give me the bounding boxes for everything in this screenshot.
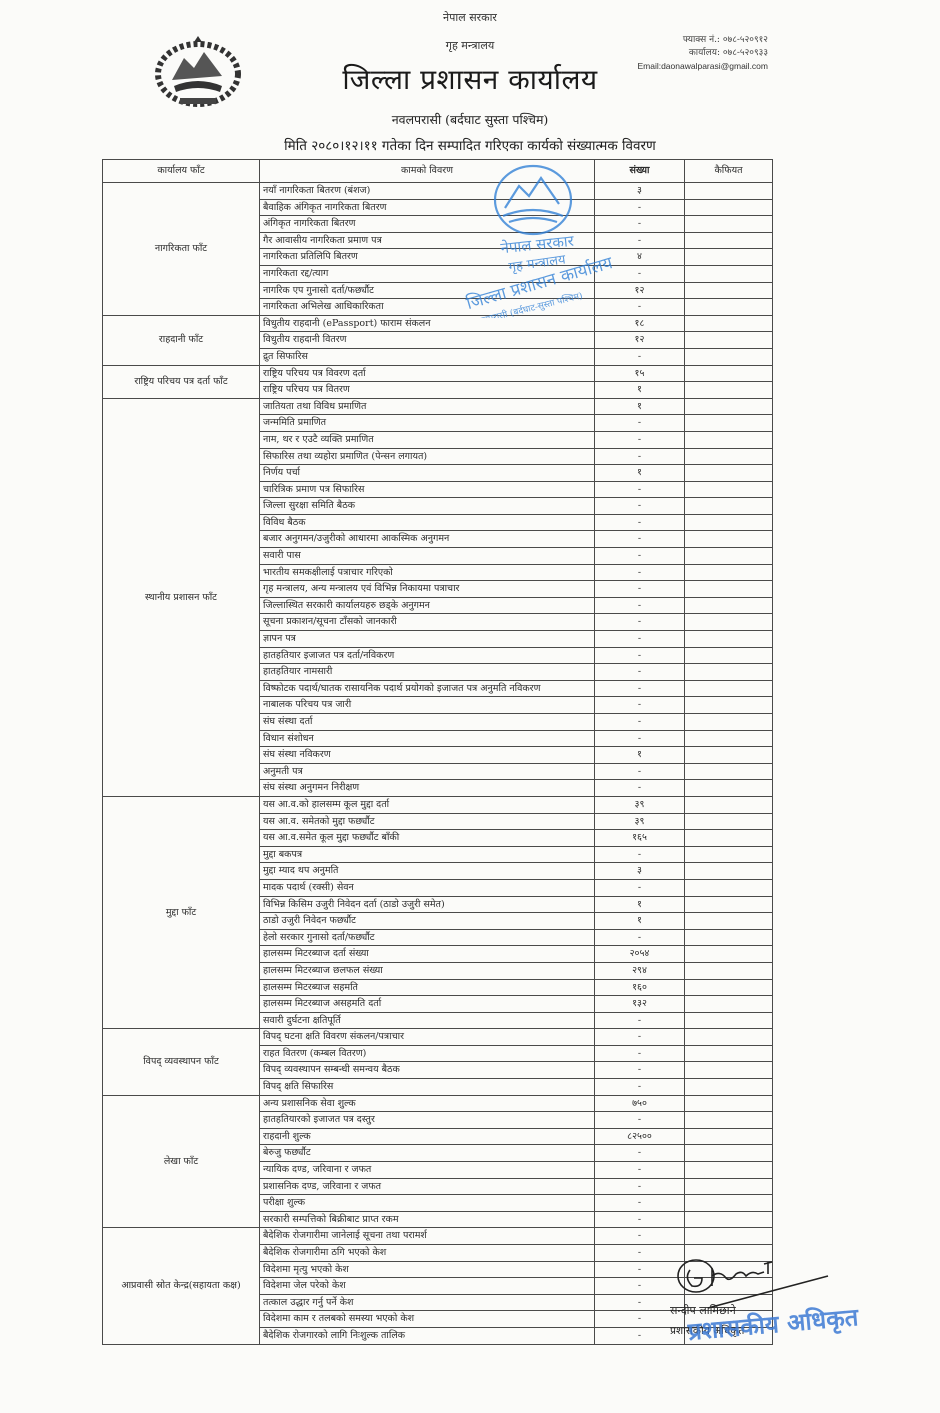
- task-description: राहत वितरण (कम्बल वितरण): [260, 1045, 595, 1062]
- task-description: गृह मन्त्रालय, अन्य मन्त्रालय एवं विभिन्…: [260, 581, 595, 598]
- task-description: तत्काल उद्धार गर्नु पर्ने केश: [260, 1294, 595, 1311]
- task-remarks: [685, 365, 773, 382]
- task-remarks: [685, 1029, 773, 1046]
- task-count: -: [595, 929, 685, 946]
- task-count: -: [595, 581, 685, 598]
- task-description: विपद् क्षति सिफारिस: [260, 1079, 595, 1096]
- section-name: मुद्दा फाँट: [103, 796, 260, 1028]
- task-description: नागरिकता अभिलेख आधिकारिकता: [260, 299, 595, 316]
- task-count: ८२५००: [595, 1128, 685, 1145]
- task-remarks: [685, 1145, 773, 1162]
- task-count: १२: [595, 332, 685, 349]
- header-description: कामको विवरण: [260, 160, 595, 183]
- task-count: -: [595, 299, 685, 316]
- task-count: ३: [595, 183, 685, 200]
- task-description: सवारी पास: [260, 548, 595, 565]
- task-remarks: [685, 183, 773, 200]
- task-count: ४: [595, 249, 685, 266]
- task-count: १: [595, 382, 685, 399]
- task-count: -: [595, 1112, 685, 1129]
- task-remarks: [685, 929, 773, 946]
- task-description: राष्ट्रिय परिचय पत्र वितरण: [260, 382, 595, 399]
- task-count: -: [595, 1162, 685, 1179]
- table-header-row: कार्यालय फाँट कामको विवरण संख्या कैफियत: [103, 160, 773, 183]
- task-description: नागरिकता रद्द/त्याग: [260, 265, 595, 282]
- task-description: अंगिकृत नागरिकता बितरण: [260, 216, 595, 233]
- task-count: -: [595, 1145, 685, 1162]
- task-description: प्रशासनिक दण्ड, जरिवाना र जफत: [260, 1178, 595, 1195]
- task-count: -: [595, 1228, 685, 1245]
- task-remarks: [685, 1195, 773, 1212]
- task-remarks: [685, 896, 773, 913]
- task-count: -: [595, 448, 685, 465]
- task-description: सरकारी सम्पत्तिको बिक्रीबाट प्राप्त रकम: [260, 1211, 595, 1228]
- task-description: यस आ.व.समेत कूल मुद्दा फर्छ्यौट बाँकी: [260, 830, 595, 847]
- task-description: भारतीय समकक्षीलाई पत्राचार गरिएको: [260, 564, 595, 581]
- task-count: -: [595, 631, 685, 648]
- task-remarks: [685, 448, 773, 465]
- task-description: गैर आवासीय नागरिकता प्रमाण पत्र: [260, 232, 595, 249]
- task-count: १: [595, 747, 685, 764]
- task-count: -: [595, 431, 685, 448]
- task-remarks: [685, 913, 773, 930]
- task-description: परीक्षा शुल्क: [260, 1195, 595, 1212]
- task-description: ठाडो उजुरी निवेदन फर्छ्यौट: [260, 913, 595, 930]
- task-count: -: [595, 614, 685, 631]
- section-name: राहदानी फाँट: [103, 315, 260, 365]
- task-remarks: [685, 332, 773, 349]
- task-remarks: [685, 1228, 773, 1245]
- task-remarks: [685, 382, 773, 399]
- task-remarks: [685, 996, 773, 1013]
- task-count: १: [595, 913, 685, 930]
- task-count: २९४: [595, 962, 685, 979]
- task-description: जन्ममिति प्रमाणित: [260, 415, 595, 432]
- task-count: -: [595, 548, 685, 565]
- task-description: चारित्रिक प्रमाण पत्र सिफारिस: [260, 481, 595, 498]
- ministry-name: गृह मन्त्रालय: [0, 38, 940, 53]
- task-description: बैवाहिक अंगिकृत नागरिकता बितरण: [260, 199, 595, 216]
- task-count: १३२: [595, 996, 685, 1013]
- table-row: राष्ट्रिय परिचय पत्र दर्ता फाँटराष्ट्रिय…: [103, 365, 773, 382]
- task-description: हेलो सरकार गुनासो दर्ता/फर्छ्यौट: [260, 929, 595, 946]
- task-count: -: [595, 714, 685, 731]
- task-description: नाम, थर र एउटै व्यक्ति प्रमाणित: [260, 431, 595, 448]
- header-remarks: कैफियत: [685, 160, 773, 183]
- task-remarks: [685, 1112, 773, 1129]
- task-remarks: [685, 863, 773, 880]
- task-description: विपद् घटना क्षति विवरण संकलन/पत्राचार: [260, 1029, 595, 1046]
- task-remarks: [685, 1278, 773, 1295]
- task-description: विदेशमा काम र तलबको समस्या भएको केश: [260, 1311, 595, 1328]
- task-remarks: [685, 249, 773, 266]
- task-description: मुद्दा म्याद थप अनुमति: [260, 863, 595, 880]
- task-remarks: [685, 1245, 773, 1262]
- task-description: विष्फोटक पदार्थ/घातक रासायनिक पदार्थ प्र…: [260, 680, 595, 697]
- task-remarks: [685, 1079, 773, 1096]
- task-count: -: [595, 680, 685, 697]
- section-name: स्थानीय प्रशासन फाँट: [103, 398, 260, 796]
- task-remarks: [685, 265, 773, 282]
- task-count: २०५४: [595, 946, 685, 963]
- task-remarks: [685, 315, 773, 332]
- task-remarks: [685, 846, 773, 863]
- section-name: विपद् व्यवस्थापन फाँट: [103, 1029, 260, 1095]
- task-count: १५: [595, 365, 685, 382]
- task-remarks: [685, 514, 773, 531]
- task-remarks: [685, 1128, 773, 1145]
- task-description: विधान संशोधन: [260, 730, 595, 747]
- task-description: बेरुजु फर्छ्यौट: [260, 1145, 595, 1162]
- task-remarks: [685, 763, 773, 780]
- task-description: विविध बैठक: [260, 514, 595, 531]
- task-remarks: [685, 1178, 773, 1195]
- task-remarks: [685, 714, 773, 731]
- task-description: जिल्लास्थित सरकारी कार्यालयहरु छड्के अनु…: [260, 597, 595, 614]
- task-description: राहदानी शुल्क: [260, 1128, 595, 1145]
- task-count: -: [595, 531, 685, 548]
- task-count: -: [595, 846, 685, 863]
- task-count: -: [595, 1278, 685, 1295]
- task-remarks: [685, 780, 773, 797]
- task-remarks: [685, 415, 773, 432]
- task-count: -: [595, 1079, 685, 1096]
- task-description: विदेशमा जेल परेको केश: [260, 1278, 595, 1295]
- task-description: द्रुत सिफारिस: [260, 348, 595, 365]
- task-remarks: [685, 796, 773, 813]
- task-remarks: [685, 1211, 773, 1228]
- task-remarks: [685, 664, 773, 681]
- section-name: नागरिकता फाँट: [103, 183, 260, 316]
- task-remarks: [685, 830, 773, 847]
- task-description: विपद् व्यवस्थापन सम्बन्धी समन्वय बैठक: [260, 1062, 595, 1079]
- task-description: संघ संस्था नविकरण: [260, 747, 595, 764]
- task-count: -: [595, 780, 685, 797]
- task-description: नागरिक एप गुनासो दर्ता/फर्छ्यौट: [260, 282, 595, 299]
- task-remarks: [685, 299, 773, 316]
- task-description: नागरिकता प्रतिलिपि बितरण: [260, 249, 595, 266]
- fax-number: फ्याक्स नं.: ०७८-५२०९१२: [600, 34, 768, 47]
- task-remarks: [685, 1045, 773, 1062]
- task-description: नयाँ नागरिकता बितरण (बंशज): [260, 183, 595, 200]
- table-row: मुद्दा फाँटयस आ.व.को हालसम्म कूल मुद्दा …: [103, 796, 773, 813]
- task-description: विधुतीय राहदानी (ePassport) फाराम संकलन: [260, 315, 595, 332]
- task-remarks: [685, 680, 773, 697]
- task-remarks: [685, 581, 773, 598]
- task-remarks: [685, 879, 773, 896]
- task-remarks: [685, 348, 773, 365]
- task-remarks: [685, 1012, 773, 1029]
- task-description: हालसम्म मिटरब्याज छलफल संख्या: [260, 962, 595, 979]
- task-count: -: [595, 730, 685, 747]
- task-count: १: [595, 398, 685, 415]
- task-description: संघ संस्था अनुगमन निरीक्षण: [260, 780, 595, 797]
- task-description: बैदेशिक रोजगारको लागि निःशुल्क तालिक: [260, 1327, 595, 1344]
- task-count: -: [595, 199, 685, 216]
- task-remarks: [685, 1062, 773, 1079]
- task-remarks: [685, 564, 773, 581]
- task-remarks: [685, 962, 773, 979]
- task-description: न्यायिक दण्ड, जरिवाना र जफत: [260, 1162, 595, 1179]
- header-section: कार्यालय फाँट: [103, 160, 260, 183]
- task-description: राष्ट्रिय परिचय पत्र विवरण दर्ता: [260, 365, 595, 382]
- section-name: लेखा फाँट: [103, 1095, 260, 1228]
- email-address: Email:daonawalparasi@gmail.com: [600, 60, 768, 73]
- task-description: नाबालक परिचय पत्र जारी: [260, 697, 595, 714]
- table-row: लेखा फाँटअन्य प्रशासनिक सेवा शुल्क७५०: [103, 1095, 773, 1112]
- task-description: हालसम्म मिटरब्याज सहमति: [260, 979, 595, 996]
- task-count: -: [595, 232, 685, 249]
- table-row: विपद् व्यवस्थापन फाँटविपद् घटना क्षति वि…: [103, 1029, 773, 1046]
- task-description: सवारी दुर्घटना क्षतिपूर्ति: [260, 1012, 595, 1029]
- task-description: मुद्दा बकपत्र: [260, 846, 595, 863]
- task-remarks: [685, 647, 773, 664]
- task-count: -: [595, 216, 685, 233]
- task-description: सूचना प्रकाशन/सूचना टाँसको जानकारी: [260, 614, 595, 631]
- task-count: -: [595, 1012, 685, 1029]
- table-row: नागरिकता फाँटनयाँ नागरिकता बितरण (बंशज)३: [103, 183, 773, 200]
- task-remarks: [685, 614, 773, 631]
- task-count: ७५०: [595, 1095, 685, 1112]
- task-description: हातहतियार नामसारी: [260, 664, 595, 681]
- task-remarks: [685, 979, 773, 996]
- task-description: हालसम्म मिटरब्याज असहमति दर्ता: [260, 996, 595, 1013]
- task-description: विदेशमा मृत्यु भएको केश: [260, 1261, 595, 1278]
- task-count: -: [595, 1178, 685, 1195]
- task-remarks: [685, 216, 773, 233]
- table-row: स्थानीय प्रशासन फाँटजातियता तथा विविध प्…: [103, 398, 773, 415]
- task-description: निर्णय पर्चा: [260, 465, 595, 482]
- task-description: यस आ.व.को हालसम्म कूल मुद्दा दर्ता: [260, 796, 595, 813]
- contact-block: फ्याक्स नं.: ०७८-५२०९१२ कार्यालय: ०७८-५२…: [600, 34, 768, 73]
- task-description: सिफारिस तथा व्यहोरा प्रमाणित (पेन्सन लगा…: [260, 448, 595, 465]
- task-remarks: [685, 946, 773, 963]
- task-remarks: [685, 398, 773, 415]
- table-row: राहदानी फाँटविधुतीय राहदानी (ePassport) …: [103, 315, 773, 332]
- task-count: -: [595, 597, 685, 614]
- task-remarks: [685, 232, 773, 249]
- task-description: जातियता तथा विविध प्रमाणित: [260, 398, 595, 415]
- government-name: नेपाल सरकार: [0, 10, 940, 25]
- task-description: अन्य प्रशासनिक सेवा शुल्क: [260, 1095, 595, 1112]
- task-remarks: [685, 481, 773, 498]
- task-description: अनुमती पत्र: [260, 763, 595, 780]
- task-count: ३९: [595, 813, 685, 830]
- task-count: -: [595, 564, 685, 581]
- task-count: ३: [595, 863, 685, 880]
- task-description: विधुतीय राहदानी वितरण: [260, 332, 595, 349]
- task-remarks: [685, 697, 773, 714]
- task-count: -: [595, 1195, 685, 1212]
- task-count: -: [595, 664, 685, 681]
- task-count: १: [595, 465, 685, 482]
- task-count: १६०: [595, 979, 685, 996]
- task-remarks: [685, 498, 773, 515]
- task-description: बजार अनुगमन/उजुरीको आधारमा आकस्मिक अनुगम…: [260, 531, 595, 548]
- task-count: -: [595, 1211, 685, 1228]
- table-row: आप्रवासी स्रोत केन्द्र(सहायता कक्ष)बैदेश…: [103, 1228, 773, 1245]
- section-name: राष्ट्रिय परिचय पत्र दर्ता फाँट: [103, 365, 260, 398]
- task-remarks: [685, 631, 773, 648]
- office-phone: कार्यालय: ०७८-५२०९३३: [600, 47, 768, 60]
- task-count: -: [595, 514, 685, 531]
- task-remarks: [685, 1261, 773, 1278]
- task-remarks: [685, 548, 773, 565]
- task-description: हातहतियारको इजाजत पत्र दस्तुर: [260, 1112, 595, 1129]
- task-description: बैदेशिक रोजगारीमा जानेलाई सूचना तथा पराम…: [260, 1228, 595, 1245]
- task-count: -: [595, 763, 685, 780]
- task-remarks: [685, 1162, 773, 1179]
- task-count: -: [595, 647, 685, 664]
- task-count: -: [595, 879, 685, 896]
- task-remarks: [685, 730, 773, 747]
- task-count: ३९: [595, 796, 685, 813]
- task-count: १२: [595, 282, 685, 299]
- task-count: -: [595, 1062, 685, 1079]
- section-name: आप्रवासी स्रोत केन्द्र(सहायता कक्ष): [103, 1228, 260, 1344]
- task-description: हालसम्म मिटरब्याज दर्ता संख्या: [260, 946, 595, 963]
- task-remarks: [685, 747, 773, 764]
- task-count: १८: [595, 315, 685, 332]
- district-name: नवलपरासी (बर्दघाट सुस्ता पश्चिम): [0, 111, 940, 128]
- report-table: कार्यालय फाँट कामको विवरण संख्या कैफियत …: [102, 159, 773, 1345]
- task-remarks: [685, 813, 773, 830]
- task-description: जिल्ला सुरक्षा समिति बैठक: [260, 498, 595, 515]
- task-count: -: [595, 265, 685, 282]
- task-remarks: [685, 1095, 773, 1112]
- task-count: १: [595, 896, 685, 913]
- task-count: १६५: [595, 830, 685, 847]
- task-description: हातहतियार इजाजत पत्र दर्ता/नविकरण: [260, 647, 595, 664]
- task-description: यस आ.व. समेतको मुद्दा फर्छ्यौट: [260, 813, 595, 830]
- task-remarks: [685, 531, 773, 548]
- task-description: ज्ञापन पत्र: [260, 631, 595, 648]
- report-title: मिति २०८०।१२।११ गतेका दिन सम्पादित गरिएक…: [0, 136, 940, 154]
- task-count: -: [595, 1029, 685, 1046]
- nepal-coat-of-arms-icon: [150, 36, 246, 108]
- task-count: -: [595, 481, 685, 498]
- task-remarks: [685, 431, 773, 448]
- task-description: संघ संस्था दर्ता: [260, 714, 595, 731]
- task-description: विभिन्न किसिम उजुरी निवेदन दर्ता (ठाडो उ…: [260, 896, 595, 913]
- task-description: मादक पदार्थ (रक्सी) सेवन: [260, 879, 595, 896]
- task-remarks: [685, 282, 773, 299]
- office-title: जिल्ला प्रशासन कार्यालय: [0, 60, 940, 98]
- task-count: -: [595, 498, 685, 515]
- task-count: -: [595, 348, 685, 365]
- task-count: -: [595, 1045, 685, 1062]
- task-remarks: [685, 597, 773, 614]
- task-count: -: [595, 1245, 685, 1262]
- header-count: संख्या: [595, 160, 685, 183]
- task-count: -: [595, 697, 685, 714]
- task-remarks: [685, 199, 773, 216]
- task-count: -: [595, 415, 685, 432]
- task-remarks: [685, 465, 773, 482]
- task-description: बैदेशिक रोजगारीमा ठगि भएको केश: [260, 1245, 595, 1262]
- task-count: -: [595, 1261, 685, 1278]
